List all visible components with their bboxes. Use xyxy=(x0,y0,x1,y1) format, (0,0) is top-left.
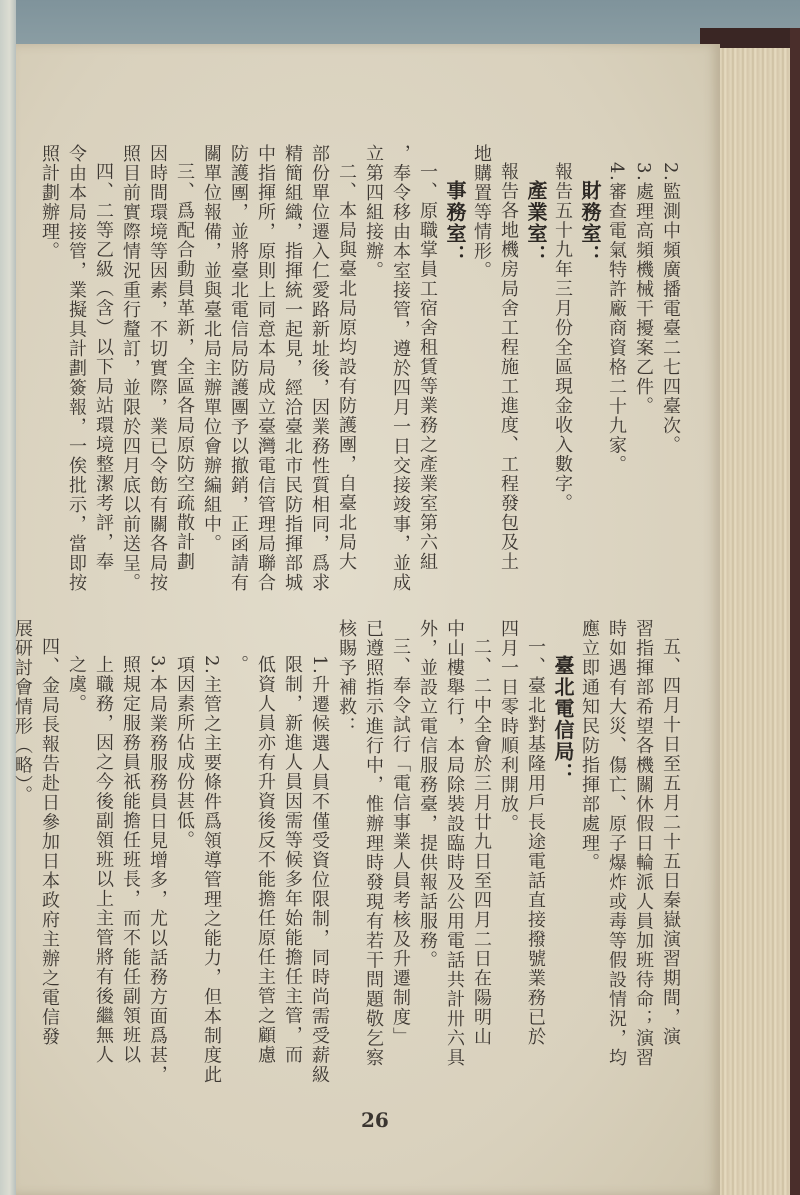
text-line: 應立即通知民防指揮部處理。 xyxy=(576,619,603,1079)
text-line: 2.主管之主要條件爲領導管理之能力，但本制度此 xyxy=(198,619,225,1079)
text-line: 上職務，因之今後副領班以上主管將有後繼無人 xyxy=(90,619,117,1079)
text-line: 3.處理高頻機械干擾案乙件。 xyxy=(630,144,657,594)
section-heading: 財務室： xyxy=(576,144,603,594)
text-line: 1.升遷候選人員不僅受資位限制，同時尚需受薪級 xyxy=(306,619,333,1079)
text-line: 之虞。 xyxy=(63,619,90,1079)
text-line: 照目前實際情況重行釐訂，並限於四月底以前送呈。 xyxy=(117,144,144,594)
text-line: 二、二中全會於三月廿九日至四月二日在陽明山 xyxy=(468,619,495,1079)
text-line: 四月一日零時順利開放。 xyxy=(495,619,522,1079)
text-line: 一、臺北對基隆用戶長途電話直接撥號業務已於 xyxy=(522,619,549,1079)
text-line: 防護團，並將臺北電信局防護團予以撤銷，正函請有 xyxy=(225,144,252,594)
text-line: 報告各地機房局舍工程施工進度、工程發包及土 xyxy=(495,144,522,594)
section-heading: 事務室： xyxy=(441,144,468,594)
page-stack-edge xyxy=(718,48,792,1195)
text-line: 已遵照指示進行中，惟辦理時發現有若干問題敬乞察 xyxy=(360,619,387,1079)
section-heading: 產業室： xyxy=(522,144,549,594)
text-line: 。 xyxy=(225,619,252,1079)
text-line: 報告五十九年三月份全區現金收入數字。 xyxy=(549,144,576,594)
text-line: 二、本局與臺北局原均設有防護團，自臺北局大 xyxy=(333,144,360,594)
text-line: 立第四組接辦。 xyxy=(360,144,387,594)
book-cover-edge xyxy=(790,28,800,1195)
text-line: 4.審查電氣特許廠商資格二十九家。 xyxy=(603,144,630,594)
text-line: 限制，新進人員因需等候多年始能擔任主管，而 xyxy=(279,619,306,1079)
text-line: 核賜予補救： xyxy=(333,619,360,1079)
text-line: 低資人員亦有升資後反不能擔任原任主管之顧慮 xyxy=(252,619,279,1079)
text-line: 習指揮部希望各機關休假日輪派人員加班待命；演習 xyxy=(630,619,657,1079)
text-line: 關單位報備，並與臺北局主辦單位會辦編組中。 xyxy=(198,144,225,594)
text-line: 中指揮所，原則上同意本局成立臺灣電信管理局聯合 xyxy=(252,144,279,594)
text-line: 精簡組織，指揮統一起見，經洽臺北市民防指揮部城 xyxy=(279,144,306,594)
text-line: 時如遇有大災、傷亡、原子爆炸或毒等假設情況，均 xyxy=(603,619,630,1079)
text-line: ，奉令移由本室接管，遵於四月一日交接竣事，並成 xyxy=(387,144,414,594)
text-line: 令由本局接管，業擬具計劃簽報，一俟批示，當即按 xyxy=(63,144,90,594)
text-line: 照計劃辦理。 xyxy=(36,144,63,594)
text-line: 因時間環境等因素，不切實際，業已令飭有關各局按 xyxy=(144,144,171,594)
text-line: 三、爲配合動員革新，全區各局原防空疏散計劃 xyxy=(171,144,198,594)
text-line: 展研討會情形（略）。 xyxy=(9,619,36,1079)
text-line: 3.本局業務服務員日見增多，尤以話務方面爲甚， xyxy=(144,619,171,1079)
section-heading: 臺北電信局： xyxy=(549,619,576,1079)
text-line: 中山樓舉行，本局除裝設臨時及公用電話共計卅六具 xyxy=(441,619,468,1079)
lower-text-block: 五、四月十日至五月二十五日秦嶽演習期間，演習指揮部希望各機關休假日輪派人員加班待… xyxy=(9,619,684,1079)
text-line: 四、金局長報告赴日參加日本政府主辦之電信發 xyxy=(36,619,63,1079)
text-line: 部份單位遷入仁愛路新址後，因業務性質相同，爲求 xyxy=(306,144,333,594)
text-line: 四、二等乙級（含）以下局站環境整潔考評，奉 xyxy=(90,144,117,594)
page-number: 26 xyxy=(361,1108,389,1132)
text-line: 外，並設立電信服務臺，提供報話服務。 xyxy=(414,619,441,1079)
text-line: 項因素所佔成份甚低。 xyxy=(171,619,198,1079)
background-top xyxy=(0,0,800,48)
text-line: 五、四月十日至五月二十五日秦嶽演習期間，演 xyxy=(657,619,684,1079)
book-page: 2.監測中頻廣播電臺二七四臺次。3.處理高頻機械干擾案乙件。4.審查電氣特許廠商… xyxy=(16,44,720,1195)
upper-text-block: 2.監測中頻廣播電臺二七四臺次。3.處理高頻機械干擾案乙件。4.審查電氣特許廠商… xyxy=(36,144,684,594)
text-line: 三、奉令試行「電信事業人員考核及升遷制度」 xyxy=(387,619,414,1079)
text-line: 2.監測中頻廣播電臺二七四臺次。 xyxy=(657,144,684,594)
text-line: 一、原職掌員工宿舍租賃等業務之產業室第六組 xyxy=(414,144,441,594)
text-line: 照規定服務員祇能擔任班長，而不能任副領班以 xyxy=(117,619,144,1079)
text-line: 地購置等情形。 xyxy=(468,144,495,594)
